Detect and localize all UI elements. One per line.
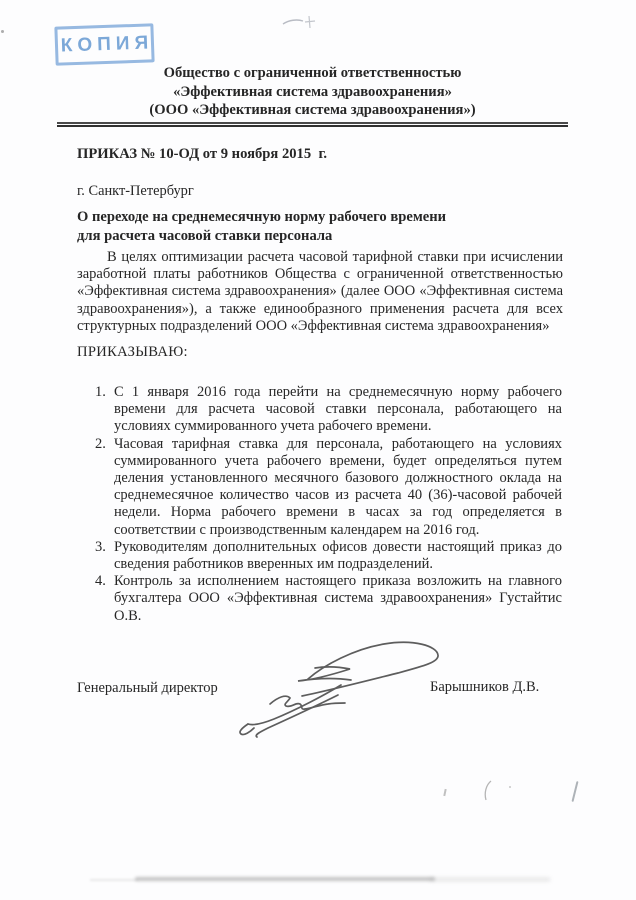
- order-item-text: Руководителям дополнительных офисов дове…: [114, 539, 562, 573]
- preamble-paragraph: В целях оптимизации расчета часовой тари…: [77, 249, 563, 335]
- scanned-order-document: КОПИЯ Общество с ограниченной ответствен…: [0, 0, 636, 900]
- copy-stamp-label: КОПИЯ: [55, 32, 153, 57]
- scan-speck: [1, 30, 4, 33]
- order-item-number: 3.: [95, 539, 114, 573]
- order-item-text: Контроль за исполнением настоящего прика…: [114, 573, 562, 625]
- handwritten-signature: [228, 632, 450, 740]
- scan-mark: [443, 789, 446, 796]
- scanner-smudge: [430, 878, 550, 881]
- org-header: Общество с ограниченной ответственностью…: [57, 64, 568, 120]
- scan-mark-curve: [483, 780, 493, 802]
- order-item-number: 2.: [95, 436, 114, 539]
- order-item: 4. Контроль за исполнением настоящего пр…: [95, 573, 562, 625]
- order-subject-line1: О переходе на среднемесячную норму рабоч…: [77, 208, 446, 227]
- order-item: 2. Часовая тарифная ставка для персонала…: [95, 436, 562, 539]
- org-header-line2: «Эффективная система здравоохранения»: [57, 83, 568, 102]
- city-line: г. Санкт-Петербург: [77, 183, 194, 200]
- signer-role: Генеральный директор: [77, 680, 218, 697]
- scan-mark-slash: [571, 781, 578, 802]
- order-item-text: С 1 января 2016 года перейти на среднеме…: [114, 384, 562, 436]
- directive-word: ПРИКАЗЫВАЮ:: [77, 344, 188, 361]
- header-divider-thick-line: [57, 125, 568, 127]
- order-item: 3. Руководителям дополнительных офисов д…: [95, 539, 562, 573]
- order-number-line: ПРИКАЗ № 10-ОД от 9 ноября 2015 г.: [77, 146, 327, 163]
- order-items-list: 1. С 1 января 2016 года перейти на средн…: [95, 384, 562, 625]
- copy-stamp: КОПИЯ: [54, 23, 154, 65]
- order-item-number: 4.: [95, 573, 114, 625]
- header-divider: [57, 122, 568, 127]
- pencil-scribble-artifact: [281, 13, 321, 31]
- order-item-number: 1.: [95, 384, 114, 436]
- scanner-smudge: [135, 877, 435, 881]
- order-item: 1. С 1 января 2016 года перейти на средн…: [95, 384, 562, 436]
- order-subject-line2: для расчета часовой ставки персонала: [77, 227, 446, 246]
- scan-mark: [509, 786, 511, 788]
- order-item-text: Часовая тарифная ставка для персонала, р…: [114, 436, 562, 539]
- org-header-line3: (ООО «Эффективная система здравоохранени…: [57, 101, 568, 120]
- header-divider-thin-line: [57, 122, 568, 124]
- org-header-line1: Общество с ограниченной ответственностью: [57, 64, 568, 83]
- order-subject: О переходе на среднемесячную норму рабоч…: [77, 208, 446, 245]
- scanner-smudge: [90, 879, 138, 881]
